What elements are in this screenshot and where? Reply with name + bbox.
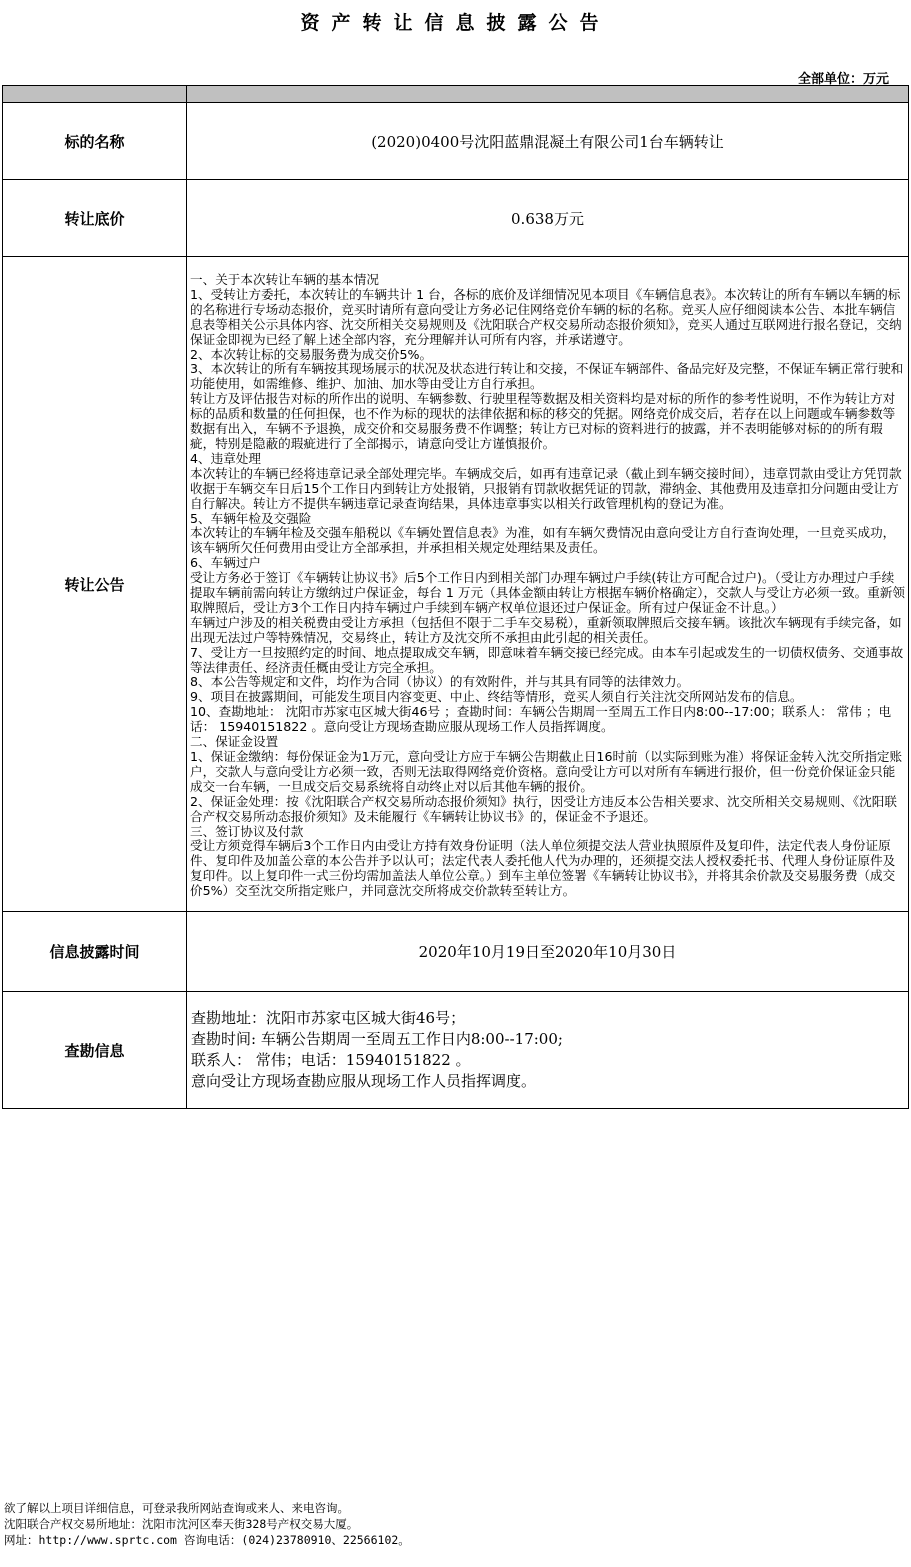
announcement-paragraph: 2、本次转让标的交易服务费为成交价5%。	[190, 348, 906, 363]
announcement-body: 一、关于本次转让车辆的基本情况 1、受转让方委托，本次转让的车辆共计 1 台，各…	[187, 257, 909, 912]
inspection-note: 意向受让方现场查勘应服从现场工作人员指挥调度。	[191, 1071, 908, 1092]
announcement-paragraph: 7、受让方一旦按照约定的时间、地点提取成交车辆，即意味着车辆交接已经完成。由本车…	[190, 646, 906, 676]
announcement-paragraph: 1、保证金缴纳：每份保证金为1万元，意向受让方应于车辆公告期截止日16时前（以实…	[190, 750, 906, 795]
announcement-paragraph: 本次转让的车辆年检及交强车船税以《车辆处置信息表》为准，如有车辆欠费情况由意向受…	[190, 526, 906, 556]
base-price-label: 转让底价	[3, 180, 187, 257]
disclosure-time-label: 信息披露时间	[3, 912, 187, 992]
subject-name-label: 标的名称	[3, 103, 187, 180]
footer-address-line: 沈阳联合产权交易所地址：沈阳市沈河区奉天街328号产权交易大厦。	[4, 1516, 410, 1532]
announcement-label: 转让公告	[3, 257, 187, 912]
announcement-paragraph: 10、查勘地址： 沈阳市苏家屯区城大街46号 ；查勘时间：车辆公告期周一至周五工…	[190, 705, 906, 735]
announcement-paragraph: 车辆过户涉及的相关税费由受让方承担（包括但不限于二手车交易税），重新领取牌照后交…	[190, 616, 906, 646]
row-subject-name: 标的名称 (2020)0400号沈阳蓝鼎混凝土有限公司1台车辆转让	[3, 103, 909, 180]
announcement-paragraph: 三、签订协议及付款	[190, 825, 906, 840]
announcement-paragraph: 二、保证金设置	[190, 735, 906, 750]
base-price-value: 0.638万元	[187, 180, 909, 257]
footer-contact-line: 网址：http://www.sprtc.com 咨询电话：(024)237809…	[4, 1532, 410, 1548]
announcement-paragraph: 9、项目在披露期间，可能发生项目内容变更、中止、终结等情形，竞买人须自行关注沈交…	[190, 690, 906, 705]
announcement-paragraph: 8、本公告等规定和文件，均作为合同（协议）的有效附件，并与其具有同等的法律效力。	[190, 675, 906, 690]
inspection-contact: 联系人： 常伟；电话：15940151822 。	[191, 1050, 908, 1071]
row-disclosure-time: 信息披露时间 2020年10月19日至2020年10月30日	[3, 912, 909, 992]
inspection-label: 查勘信息	[3, 992, 187, 1109]
disclosure-table: 标的名称 (2020)0400号沈阳蓝鼎混凝土有限公司1台车辆转让 转让底价 0…	[2, 85, 909, 1109]
inspection-address: 查勘地址：沈阳市苏家屯区城大街46号；	[191, 1008, 908, 1029]
header-cell-left	[3, 86, 187, 103]
inspection-body: 查勘地址：沈阳市苏家屯区城大街46号； 查勘时间: 车辆公告期周一至周五工作日内…	[187, 992, 909, 1109]
announcement-paragraph: 3、本次转让的所有车辆按其现场展示的状况及状态进行转让和交接，不保证车辆部件、备…	[190, 362, 906, 392]
page-title: 资产转让信息披露公告	[0, 8, 911, 35]
announcement-paragraph: 受让方须竞得车辆后3个工作日内由受让方持有效身份证明（法人单位须提交法人营业执照…	[190, 839, 906, 899]
announcement-paragraph: 一、关于本次转让车辆的基本情况	[190, 273, 906, 288]
disclosure-time-value: 2020年10月19日至2020年10月30日	[187, 912, 909, 992]
announcement-paragraph: 转让方及评估报告对标的所作出的说明、车辆参数、行驶里程等数据及相关资料均是对标的…	[190, 392, 906, 452]
footer: 欲了解以上项目详细信息，可登录我所网站查询或来人、来电咨询。 沈阳联合产权交易所…	[4, 1500, 410, 1548]
subject-name-value: (2020)0400号沈阳蓝鼎混凝土有限公司1台车辆转让	[187, 103, 909, 180]
announcement-paragraph: 本次转让的车辆已经将违章记录全部处理完毕。车辆成交后，如再有违章记录（截止到车辆…	[190, 467, 906, 512]
row-base-price: 转让底价 0.638万元	[3, 180, 909, 257]
announcement-paragraph: 6、车辆过户	[190, 556, 906, 571]
announcement-paragraph: 4、违章处理	[190, 452, 906, 467]
table-header-row	[3, 86, 909, 103]
announcement-paragraph: 2、保证金处理：按《沈阳联合产权交易所动态报价须知》执行，因受让方违反本公告相关…	[190, 795, 906, 825]
announcement-paragraph: 受让方务必于签订《车辆转让协议书》后5个工作日内到相关部门办理车辆过户手续(转让…	[190, 571, 906, 616]
row-announcement: 转让公告 一、关于本次转让车辆的基本情况 1、受转让方委托，本次转让的车辆共计 …	[3, 257, 909, 912]
announcement-paragraph: 1、受转让方委托，本次转让的车辆共计 1 台，各标的底价及详细情况见本项目《车辆…	[190, 288, 906, 348]
row-inspection: 查勘信息 查勘地址：沈阳市苏家屯区城大街46号； 查勘时间: 车辆公告期周一至周…	[3, 992, 909, 1109]
announcement-paragraph: 5、车辆年检及交强险	[190, 512, 906, 527]
inspection-time: 查勘时间: 车辆公告期周一至周五工作日内8:00--17:00;	[191, 1029, 908, 1050]
footer-info-line: 欲了解以上项目详细信息，可登录我所网站查询或来人、来电咨询。	[4, 1500, 410, 1516]
header-cell-right	[187, 86, 909, 103]
